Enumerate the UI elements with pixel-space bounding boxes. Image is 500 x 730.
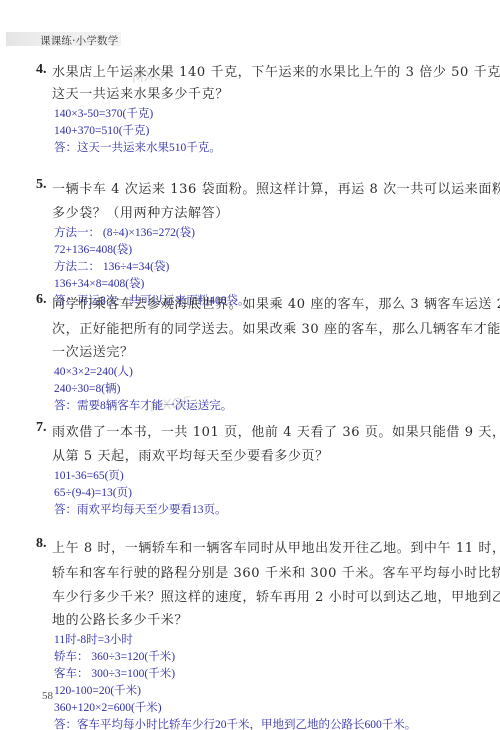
- problem-7: 7. 雨欢借了一本书，一共 101 页，他前 4 天看了 36 页。如果只能借 …: [36, 420, 496, 519]
- answer-line: 客车： 300÷3=100(千米): [54, 666, 496, 683]
- answer-line: 360+120×2=600(千米): [54, 700, 496, 717]
- answer-line: 40×3×2=240(人): [54, 364, 496, 381]
- answer-line: 11时-8时=3小时: [54, 632, 496, 649]
- problem-8: 8. 上午 8 时，一辆轿车和一辆客车同时从甲地出发开往乙地。到中午 11 时，…: [36, 536, 496, 730]
- problem-number: 5.: [36, 177, 47, 193]
- problem-5: 5. 一辆卡车 4 次运来 136 袋面粉。照这样计算，再运 8 次一共可以运来…: [36, 177, 496, 310]
- answer-line: 答：客车平均每小时比轿车少行20千米，甲地到乙地的公路长600千米。: [54, 717, 496, 730]
- question-line: 轿车和客车行驶的路程分别是 360 千米和 300 千米。客车平均每小时比轿: [52, 562, 496, 586]
- answer-line: 140+370=510(千克): [54, 123, 496, 140]
- problem-number: 4.: [36, 62, 47, 78]
- answer-line: 136+34×8=408(袋): [54, 276, 496, 293]
- book-title: 课课练·小学数学: [40, 33, 118, 48]
- answer-line: 240÷30=8(辆): [54, 381, 496, 398]
- question-line: 从第 5 天起，雨欢平均每天至少要看多少页？: [52, 446, 496, 468]
- problem-number: 6.: [36, 292, 47, 308]
- problem-number: 7.: [36, 420, 47, 436]
- answer-line: 65÷(9-4)=13(页): [54, 485, 496, 502]
- page-number: 58: [42, 690, 53, 702]
- question-line: 上午 8 时，一辆轿车和一辆客车同时从甲地出发开往乙地。到中午 11 时，: [52, 536, 496, 562]
- answer-line: 方法一： (8÷4)×136=272(袋): [54, 225, 496, 242]
- question-line: 同学们乘客车去参观海底世界。如果乘 40 座的客车，那么 3 辆客车运送 2: [52, 292, 496, 318]
- question-line: 这天一共运来水果多少千克？: [52, 84, 496, 106]
- question-line: 一辆卡车 4 次运来 136 袋面粉。照这样计算，再运 8 次一共可以运来面粉: [52, 177, 496, 203]
- question-line: 一次运送完？: [52, 342, 496, 364]
- problem-4: 4. 水果店上午运来水果 140 千克，下午运来的水果比上午的 3 倍少 50 …: [36, 62, 496, 157]
- answer-line: 答：需要8辆客车才能一次运送完。: [54, 398, 496, 415]
- answer-line: 72+136=408(袋): [54, 242, 496, 259]
- answer-line: 答：雨欢平均每天至少要看13页。: [54, 502, 496, 519]
- answer-line: 轿车： 360÷3=120(千米): [54, 649, 496, 666]
- question-line: 多少袋？（用两种方法解答）: [52, 203, 496, 225]
- answer-line: 140×3-50=370(千克): [54, 106, 496, 123]
- question-line: 水果店上午运来水果 140 千克，下午运来的水果比上午的 3 倍少 50 千克。: [52, 62, 496, 84]
- answer-line: 答：这天一共运来水果510千克。: [54, 140, 496, 157]
- question-line: 次，正好能把所有的同学送去。如果改乘 30 座的客车，那么几辆客车才能: [52, 318, 496, 342]
- problem-number: 8.: [36, 536, 47, 552]
- problem-6: 6. 同学们乘客车去参观海底世界。如果乘 40 座的客车，那么 3 辆客车运送 …: [36, 292, 496, 415]
- question-line: 车少行多少千米？照这样的速度，轿车再用 2 小时可以到达乙地，甲地到乙: [52, 586, 496, 610]
- question-line: 雨欢借了一本书，一共 101 页，他前 4 天看了 36 页。如果只能借 9 天…: [52, 420, 496, 446]
- question-line: 地的公路长多少千米？: [52, 610, 496, 632]
- answer-line: 120-100=20(千米): [54, 683, 496, 700]
- answer-line: 方法二： 136÷4=34(袋): [54, 259, 496, 276]
- answer-line: 101-36=65(页): [54, 468, 496, 485]
